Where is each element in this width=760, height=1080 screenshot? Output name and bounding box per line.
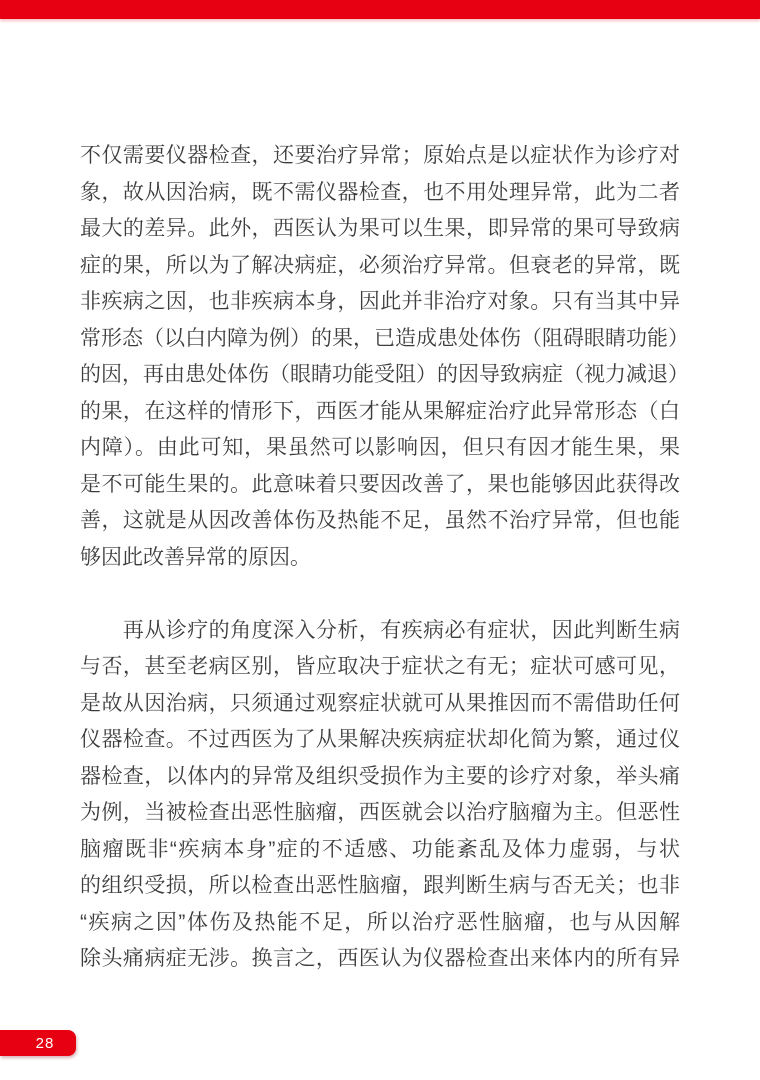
page-content: 不仅需要仪器检查，还要治疗异常；原始点是以症状作为诊疗对 象，故从因治病，既不需…: [80, 138, 680, 978]
text-line: 最大的差异。此外，西医认为果可以生果，即异常的果可导致病: [80, 211, 680, 248]
text-line: 的因，再由患处体伤（眼睛功能受阻）的因导致病症（视力减退）: [80, 357, 680, 394]
paragraph-1: 不仅需要仪器检查，还要治疗异常；原始点是以症状作为诊疗对 象，故从因治病，既不需…: [80, 138, 680, 576]
text-line: 仪器检查。不过西医为了从果解决疾病症状却化简为繁，通过仪: [80, 722, 680, 759]
paragraph-2: 再从诊疗的角度深入分析，有疾病必有症状，因此判断生病 与否，甚至老病区别，皆应取…: [80, 613, 680, 978]
text-line: 为例，当被检查出恶性脑瘤，西医就会以治疗脑瘤为主。但恶性: [80, 795, 680, 832]
text-line: 是故从因治病，只须通过观察症状就可从果推因而不需借助任何: [80, 686, 680, 723]
page-number: 28: [36, 1035, 55, 1052]
text-line: 与否，甚至老病区别，皆应取决于症状之有无；症状可感可见，: [80, 649, 680, 686]
text-line: 善，这就是从因改善体伤及热能不足，虽然不治疗异常，但也能: [80, 503, 680, 540]
text-line: 常形态（以白内障为例）的果，已造成患处体伤（阻碍眼睛功能）: [80, 321, 680, 358]
text-line: 非疾病之因，也非疾病本身，因此并非治疗对象。只有当其中异: [80, 284, 680, 321]
text-line: 内障）。由此可知，果虽然可以影响因，但只有因才能生果，果: [80, 430, 680, 467]
text-line: 再从诊疗的角度深入分析，有疾病必有症状，因此判断生病: [80, 613, 680, 650]
page-number-badge: 28: [0, 1030, 76, 1056]
top-red-bar: [0, 0, 760, 19]
text-line: 脑瘤既非“疾病本身”症的不适感、功能紊乱及体力虚弱，与状: [80, 832, 680, 869]
text-line: “疾病之因”体伤及热能不足，所以治疗恶性脑瘤，也与从因解: [80, 905, 680, 942]
text-line: 象，故从因治病，既不需仪器检查，也不用处理异常，此为二者: [80, 175, 680, 212]
text-line: 是不可能生果的。此意味着只要因改善了，果也能够因此获得改: [80, 467, 680, 504]
text-line: 症的果，所以为了解决病症，必须治疗异常。但衰老的异常，既: [80, 248, 680, 285]
text-line: 器检查，以体内的异常及组织受损作为主要的诊疗对象，举头痛: [80, 759, 680, 796]
text-line: 够因此改善异常的原因。: [80, 540, 680, 577]
text-line: 的果，在这样的情形下，西医才能从果解症治疗此异常形态（白: [80, 394, 680, 431]
text-line: 除头痛病症无涉。换言之，西医认为仪器检查出来体内的所有异: [80, 941, 680, 978]
text-line: 不仅需要仪器检查，还要治疗异常；原始点是以症状作为诊疗对: [80, 138, 680, 175]
book-page: 不仅需要仪器检查，还要治疗异常；原始点是以症状作为诊疗对 象，故从因治病，既不需…: [0, 0, 760, 1080]
text-line: 的组织受损，所以检查出恶性脑瘤，跟判断生病与否无关；也非: [80, 868, 680, 905]
